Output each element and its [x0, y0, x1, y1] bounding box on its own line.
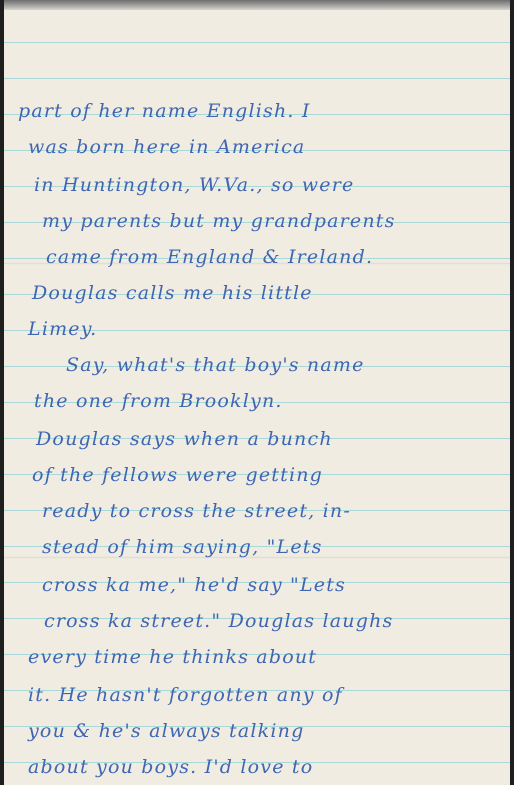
- text-line: Douglas calls me his little: [32, 282, 313, 304]
- text-line: about you boys. I'd love to: [28, 756, 313, 778]
- ruled-line: [4, 42, 510, 43]
- text-line: you & he's always talking: [28, 720, 304, 742]
- text-line: cross ka street." Douglas laughs: [44, 610, 393, 632]
- text-line: the one from Brooklyn.: [34, 390, 283, 412]
- text-line: Limey.: [28, 318, 97, 340]
- page-top-edge: [4, 0, 510, 10]
- text-line: it. He hasn't forgotten any of: [28, 684, 343, 706]
- letter-page: part of her name English. I was born her…: [4, 0, 510, 785]
- text-line: Douglas says when a bunch: [36, 428, 333, 450]
- text-line: in Huntington, W.Va., so were: [34, 174, 354, 196]
- text-line: was born here in America: [28, 136, 305, 158]
- text-line: every time he thinks about: [28, 646, 317, 668]
- text-line: of the fellows were getting: [32, 464, 323, 486]
- text-line: stead of him saying, "Lets: [42, 536, 323, 558]
- text-line: Say, what's that boy's name: [66, 354, 365, 376]
- text-line: ready to cross the street, in-: [42, 500, 351, 522]
- text-line: cross ka me," he'd say "Lets: [42, 574, 346, 596]
- text-line: came from England & Ireland.: [46, 246, 373, 268]
- text-line: part of her name English. I: [18, 100, 311, 122]
- ruled-line: [4, 78, 510, 79]
- text-line: my parents but my grandparents: [42, 210, 396, 232]
